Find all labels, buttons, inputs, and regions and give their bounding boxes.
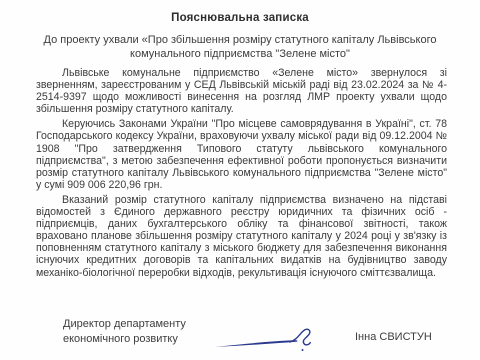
document-body: Львівське комунальне підприємство «Зелен… bbox=[36, 67, 447, 282]
handwritten-signature bbox=[212, 324, 324, 356]
signer-position-title: Директор департаменту економічного розви… bbox=[63, 317, 223, 347]
paragraph-3: Вказаний розмір статутного капіталу підп… bbox=[36, 194, 447, 279]
paragraph-2: Керуючись Законами України "Про місцеве … bbox=[36, 118, 447, 191]
signer-name: Інна СВИСТУН bbox=[355, 331, 432, 343]
document-subtitle: До проекту ухвали «Про збільшення розмір… bbox=[40, 34, 440, 61]
document-title: Пояснювальна записка bbox=[0, 12, 480, 24]
paragraph-1: Львівське комунальне підприємство «Зелен… bbox=[36, 67, 447, 115]
explanatory-note-page: Пояснювальна записка До проекту ухвали «… bbox=[0, 0, 480, 360]
signature-ink-icon bbox=[212, 324, 324, 356]
